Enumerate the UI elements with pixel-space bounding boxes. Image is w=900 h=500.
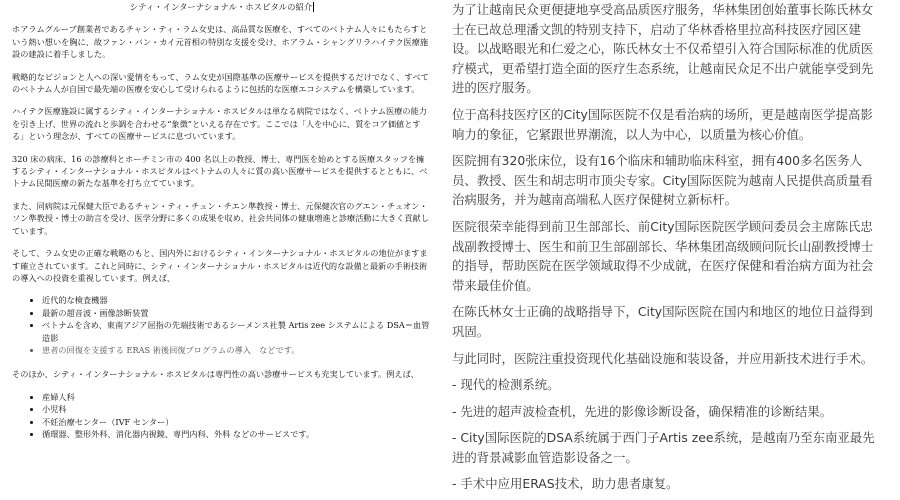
paragraph: そして、ラム女史の正確な戦略のもと、国内外におけるシティ・インターナショナル・ホ… xyxy=(12,247,432,284)
list-item: 小児科 xyxy=(42,403,432,415)
list-item: - 手术中应用ERAS技术，助力患者康复。 xyxy=(452,474,882,494)
list-item: 近代的な検査機器 xyxy=(42,294,432,306)
text-cursor xyxy=(313,2,314,12)
list-item: - 先进的超声波检查机，先进的影像诊断设备，确保精准的诊断结果。 xyxy=(452,402,882,422)
list-item: - 现代的检测系统。 xyxy=(452,375,882,395)
list-item: 循環器、整形外科、消化器内視鏡、専門内科、外科 などのサービスです。 xyxy=(42,428,432,440)
paragraph: 320 床の病床、16 の診療科とホーチミン市の 400 名以上の教授、博士、専… xyxy=(12,153,432,190)
paragraph: ホアラムグループ創業者であるチャン・ティ・ラム女史は、高品質な医療を、すべてのベ… xyxy=(12,23,432,60)
paragraph: 与此同时，医院注重投资现代化基础设施和装设备，并应用新技术进行手术。 xyxy=(452,349,882,369)
paragraph: また、同病院は元保健大臣であるチャン・ティ・チュン・チエン準教授・博士、元保健次… xyxy=(12,200,432,237)
paragraph: そのほか、シティ・インターナショナル・ホスピタルは専門性の高い診療サービスも充実… xyxy=(12,368,432,380)
document-title: シティ・インターナショナル・ホスピタルの紹介 xyxy=(12,0,432,13)
paragraph: ハイテク医療施設に属するシティ・インターナショナル・ホスピタルは単なる病院ではな… xyxy=(12,105,432,142)
list-item: ベトナムを含め、東南アジア屈指の先端技術であるシーメンス社製 Artis zee… xyxy=(42,319,432,344)
paragraph: 在陈氏林女士正确的战略指导下，City国际医院在国内和地区的地位日益得到巩固。 xyxy=(452,302,882,341)
paragraph: 医院很荣幸能得到前卫生部部长、前City国际医院医学顾问委员会主席陈氏忠战副教授… xyxy=(452,217,882,295)
paragraph: 医院拥有320张床位，设有16个临床和辅助临床科室，拥有400多名医务人员、教授… xyxy=(452,151,882,210)
services-list: 産婦人科 小児科 不妊治療センター（IVF センター） 循環器、整形外科、消化器… xyxy=(12,391,432,441)
list-item: 産婦人科 xyxy=(42,391,432,403)
equipment-list: 近代的な検査機器 最新の超音波・画像診断装置 ベトナムを含め、東南アジア屈指の先… xyxy=(12,294,432,356)
list-item: 患者の回復を支援する ERAS 術後回復プログラムの導入 などです。 xyxy=(42,344,432,356)
list-item: 最新の超音波・画像診断装置 xyxy=(42,307,432,319)
list-item: - City国际医院的DSA系统属于西门子Artis zee系统，是越南乃至东南… xyxy=(452,428,882,467)
paragraph: 为了让越南民众更便捷地享受高品质医疗服务，华林集团创始董事长陈氏林女士在已故总理… xyxy=(452,0,882,98)
paragraph: 戦略的なビジョンと人への深い愛情をもって、ラム女史が国際基準の医療サービスを提供… xyxy=(12,71,432,96)
japanese-document: シティ・インターナショナル・ホスピタルの紹介 ホアラムグループ創業者であるチャン… xyxy=(12,0,432,452)
chinese-document: 为了让越南民众更便捷地享受高品质医疗服务，华林集团创始董事长陈氏林女士在已故总理… xyxy=(452,0,882,500)
list-item: 不妊治療センター（IVF センター） xyxy=(42,416,432,428)
paragraph: 位于高科技医疗区的City国际医院不仅是看治病的场所，更是越南医学提高影响力的象… xyxy=(452,105,882,144)
